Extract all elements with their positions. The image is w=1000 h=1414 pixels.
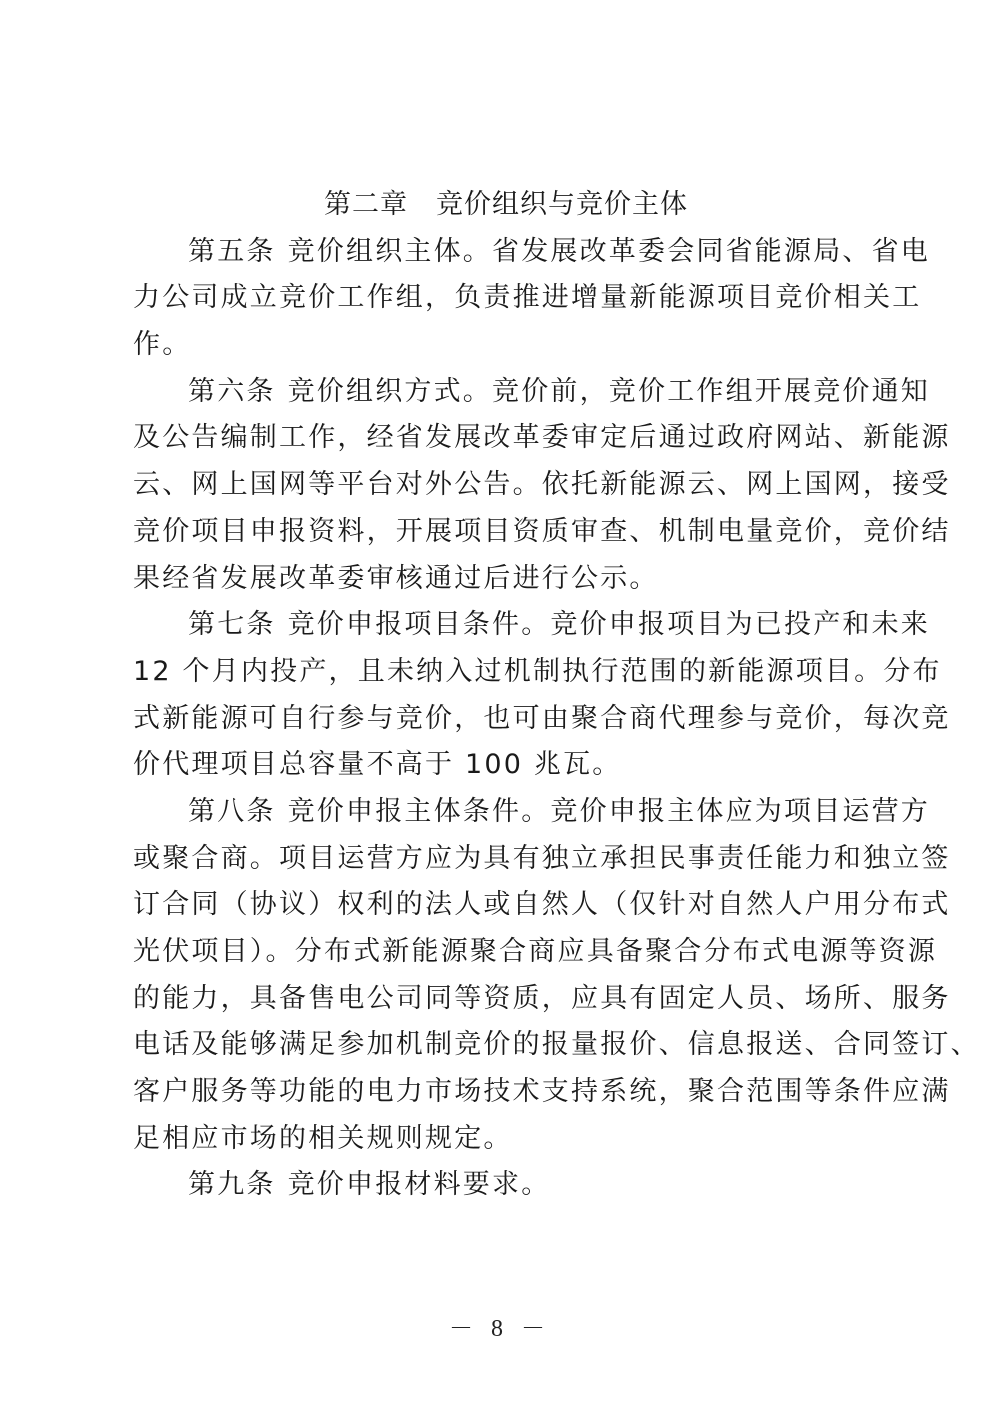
article-line: 第九条竞价申报材料要求。 bbox=[133, 1162, 879, 1209]
article-6: 第六条竞价组织方式。竞价前，竞价工作组开展竞价通知 及公告编制工作，经省发展改革… bbox=[133, 369, 879, 602]
article-line: 第八条竞价申报主体条件。竞价申报主体应为项目运营方 bbox=[133, 789, 879, 836]
article-line: 或聚合商。项目运营方应为具有独立承担民事责任能力和独立签 bbox=[133, 836, 879, 883]
article-line: 及公告编制工作，经省发展改革委审定后通过政府网站、新能源 bbox=[133, 415, 879, 462]
article-line: 力公司成立竞价工作组，负责推进增量新能源项目竞价相关工 bbox=[133, 275, 879, 322]
article-line: 第六条竞价组织方式。竞价前，竞价工作组开展竞价通知 bbox=[133, 369, 879, 416]
article-line: 果经省发展改革委审核通过后进行公示。 bbox=[133, 556, 879, 603]
article-line: 电话及能够满足参加机制竞价的报量报价、信息报送、合同签订、 bbox=[133, 1022, 879, 1069]
article-line: 订合同（协议）权利的法人或自然人（仅针对自然人户用分布式 bbox=[133, 882, 879, 929]
article-line: 光伏项目）。分布式新能源聚合商应具备聚合分布式电源等资源 bbox=[133, 929, 879, 976]
page-content: 第二章 竞价组织与竞价主体 第五条竞价组织主体。省发展改革委会同省能源局、省电 … bbox=[133, 182, 879, 1209]
article-label: 第八条 bbox=[188, 796, 276, 827]
article-line: 的能力，具备售电公司同等资质，应具有固定人员、场所、服务 bbox=[133, 976, 879, 1023]
article-line: 12 个月内投产，且未纳入过机制执行范围的新能源项目。分布 bbox=[133, 649, 879, 696]
article-text: 竞价申报项目条件。竞价申报项目为已投产和未来 bbox=[288, 609, 930, 640]
article-5: 第五条竞价组织主体。省发展改革委会同省能源局、省电 力公司成立竞价工作组，负责推… bbox=[133, 229, 879, 369]
article-text: 竞价组织主体。省发展改革委会同省能源局、省电 bbox=[288, 236, 930, 267]
article-line: 客户服务等功能的电力市场技术支持系统，聚合范围等条件应满 bbox=[133, 1069, 879, 1116]
article-line: 式新能源可自行参与竞价，也可由聚合商代理参与竞价，每次竞 bbox=[133, 696, 879, 743]
article-line: 云、网上国网等平台对外公告。依托新能源云、网上国网，接受 bbox=[133, 462, 879, 509]
article-9: 第九条竞价申报材料要求。 bbox=[133, 1162, 879, 1209]
article-text: 竞价组织方式。竞价前，竞价工作组开展竞价通知 bbox=[288, 376, 930, 407]
article-label: 第七条 bbox=[188, 609, 276, 640]
article-7: 第七条竞价申报项目条件。竞价申报项目为已投产和未来 12 个月内投产，且未纳入过… bbox=[133, 602, 879, 789]
article-text: 竞价申报主体条件。竞价申报主体应为项目运营方 bbox=[288, 796, 930, 827]
article-line: 第七条竞价申报项目条件。竞价申报项目为已投产和未来 bbox=[133, 602, 879, 649]
article-8: 第八条竞价申报主体条件。竞价申报主体应为项目运营方 或聚合商。项目运营方应为具有… bbox=[133, 789, 879, 1163]
article-line: 竞价项目申报资料，开展项目资质审查、机制电量竞价，竞价结 bbox=[133, 509, 879, 556]
article-line: 作。 bbox=[133, 322, 879, 369]
document-page: 第二章 竞价组织与竞价主体 第五条竞价组织主体。省发展改革委会同省能源局、省电 … bbox=[0, 0, 1000, 1414]
article-line: 价代理项目总容量不高于 100 兆瓦。 bbox=[133, 742, 879, 789]
article-label: 第六条 bbox=[188, 376, 276, 407]
article-label: 第九条 bbox=[188, 1169, 276, 1200]
article-text: 竞价申报材料要求。 bbox=[288, 1169, 551, 1200]
article-label: 第五条 bbox=[188, 236, 276, 267]
page-number: － 8 － bbox=[0, 1308, 1000, 1343]
article-line: 足相应市场的相关规则规定。 bbox=[133, 1116, 879, 1163]
article-line: 第五条竞价组织主体。省发展改革委会同省能源局、省电 bbox=[133, 229, 879, 276]
chapter-title: 第二章 竞价组织与竞价主体 bbox=[133, 182, 879, 229]
